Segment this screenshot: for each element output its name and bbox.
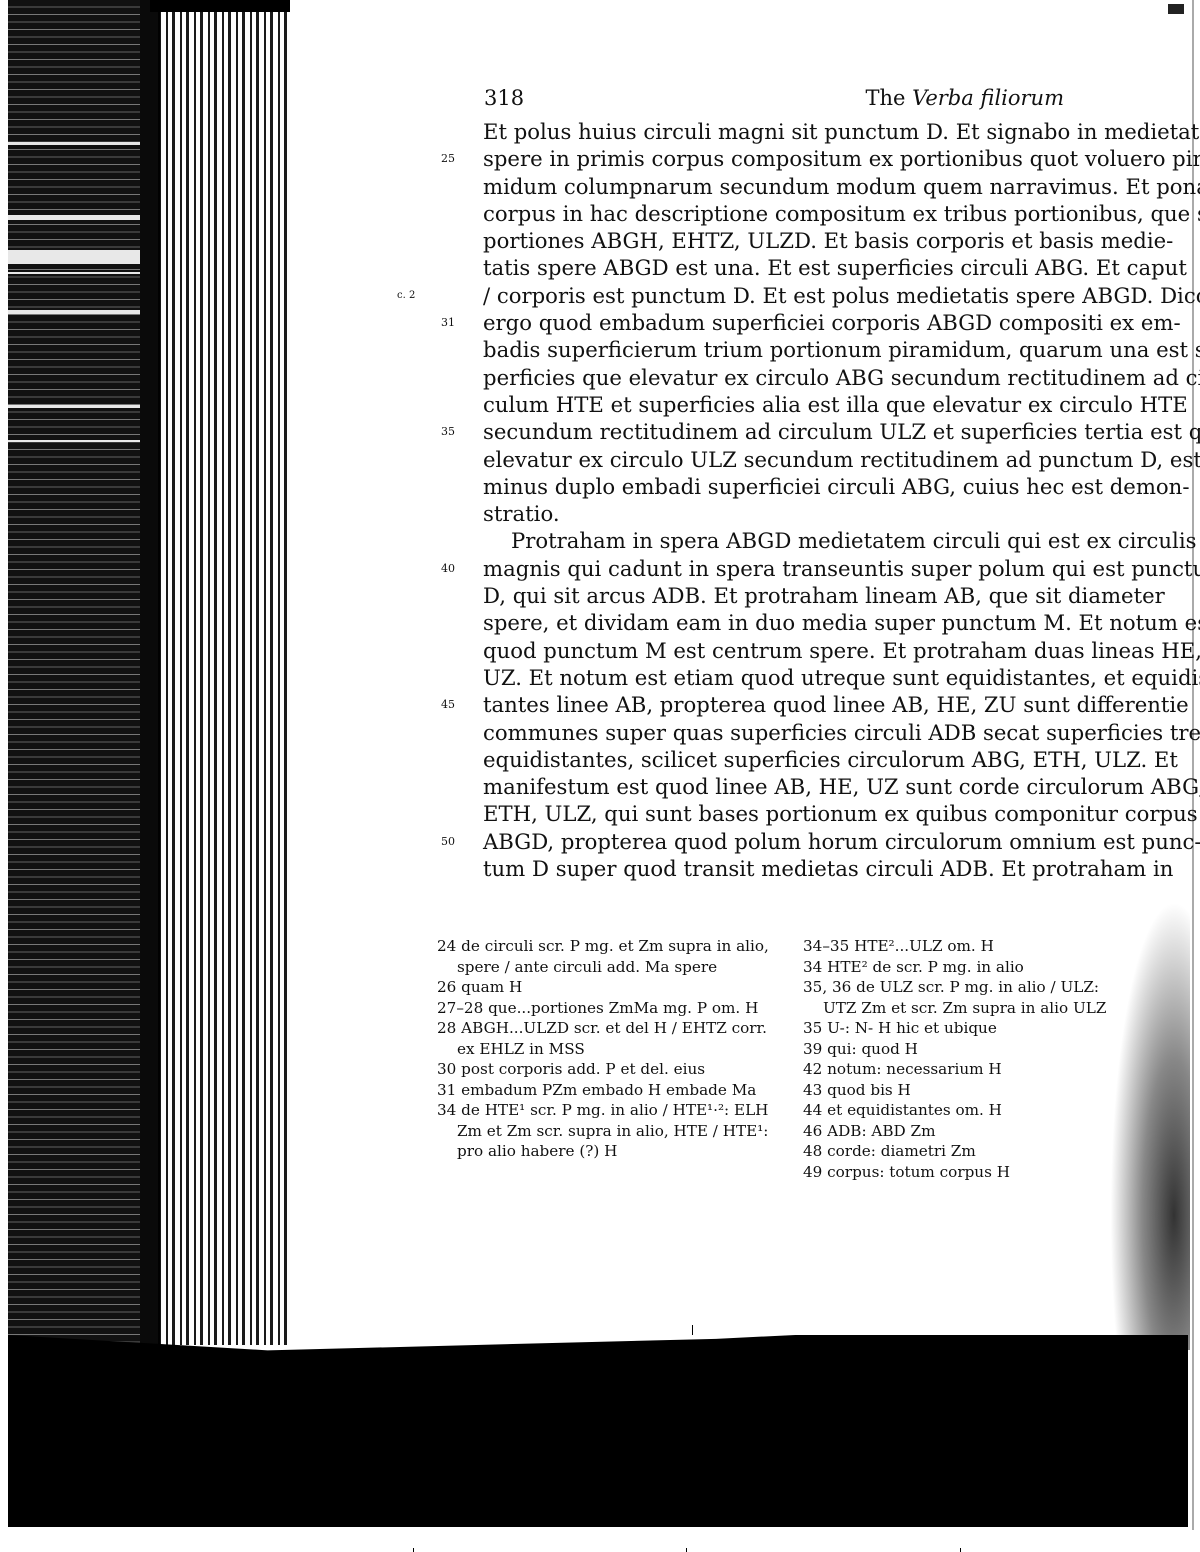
main-text-block: Et polus huius circuli magni sit punctum… — [483, 118, 1115, 882]
apparatus-entry: 34 HTE² de scr. P mg. in alio — [803, 957, 1123, 978]
text-line: corpus in hac descriptione compositum ex… — [483, 200, 1115, 227]
text-line: manifestum est quod linee AB, HE, UZ sun… — [483, 773, 1115, 800]
text-line: quod punctum M est centrum spere. Et pro… — [483, 637, 1115, 664]
text-line: D, qui sit arcus ADB. Et protraham linea… — [483, 582, 1115, 609]
apparatus-entry: 35, 36 de ULZ scr. P mg. in alio / ULZ: … — [803, 977, 1123, 1018]
page-number: 318 — [484, 86, 524, 110]
apparatus-left-column: 24 de circuli scr. P mg. et Zm supra in … — [437, 936, 787, 1162]
apparatus-entry: 43 quod bis H — [803, 1080, 1123, 1101]
apparatus-entry: 31 embadum PZm embado H embade Ma — [437, 1080, 787, 1101]
top-shadow — [150, 0, 290, 12]
apparatus-entry: 34 de HTE¹ scr. P mg. in alio / HTE¹·²: … — [437, 1100, 787, 1162]
running-title: The Verba filiorum — [865, 86, 1064, 110]
text-line: minus duplo embadi superficiei circuli A… — [483, 473, 1115, 500]
apparatus-entry: 27–28 que...portiones ZmMa mg. P om. H — [437, 998, 787, 1019]
apparatus-entry: 46 ADB: ABD Zm — [803, 1121, 1123, 1142]
text-line: UZ. Et notum est etiam quod utreque sunt… — [483, 664, 1115, 691]
text-line: midum columpnarum secundum modum quem na… — [483, 173, 1115, 200]
apparatus-entry: 42 notum: necessarium H — [803, 1059, 1123, 1080]
text-line: 35secundum rectitudinem ad circulum ULZ … — [483, 418, 1115, 445]
running-head: 318 The Verba filiorum — [484, 86, 1064, 114]
text-line: spere, et dividam eam in duo media super… — [483, 609, 1115, 636]
scan-border — [1192, 0, 1194, 1530]
margin-reference: c. 2 — [397, 282, 415, 309]
apparatus-entry: 44 et equidistantes om. H — [803, 1100, 1123, 1121]
apparatus-entry: 26 quam H — [437, 977, 787, 998]
apparatus-right-column: 34–35 HTE²...ULZ om. H 34 HTE² de scr. P… — [803, 936, 1123, 1182]
apparatus-entry: 35 U-: N- H hic et ubique — [803, 1018, 1123, 1039]
line-number: 40 — [441, 555, 471, 582]
apparatus-entry: 30 post corporis add. P et del. eius — [437, 1059, 787, 1080]
apparatus-entry: 49 corpus: totum corpus H — [803, 1162, 1123, 1183]
line-number: 45 — [441, 691, 471, 718]
line-number: 25 — [441, 145, 471, 172]
apparatus-entry: 34–35 HTE²...ULZ om. H — [803, 936, 1123, 957]
text-line: 31ergo quod embadum superficiei corporis… — [483, 309, 1115, 336]
paragraph-start-line: Protraham in spera ABGD medietatem circu… — [483, 527, 1115, 554]
line-number: 35 — [441, 418, 471, 445]
text-line: Et polus huius circuli magni sit punctum… — [483, 118, 1115, 145]
running-title-italic: Verba filiorum — [912, 86, 1064, 110]
text-line: tum D super quod transit medietas circul… — [483, 855, 1115, 882]
line-number: 50 — [441, 828, 471, 855]
text-line: tatis spere ABGD est una. Et est superfi… — [483, 254, 1115, 281]
text-line: portiones ABGH, EHTZ, ULZD. Et basis cor… — [483, 227, 1115, 254]
text-line: stratio. — [483, 500, 1115, 527]
page-stack-edges — [158, 0, 290, 1345]
apparatus-entry: 28 ABGH...ULZD scr. et del H / EHTZ corr… — [437, 1018, 787, 1059]
line-number: 31 — [441, 309, 471, 336]
text-line: 50ABGD, propterea quod polum horum circu… — [483, 828, 1115, 855]
text-line: elevatur ex circulo ULZ secundum rectitu… — [483, 446, 1115, 473]
apparatus-entry: 39 qui: quod H — [803, 1039, 1123, 1060]
book-spine-shadow — [140, 0, 160, 1345]
text-line: 25spere in primis corpus compositum ex p… — [483, 145, 1115, 172]
apparatus-entry: 48 corde: diametri Zm — [803, 1141, 1123, 1162]
scanned-book-edge-left — [8, 0, 158, 1520]
text-line: badis superficierum trium portionum pira… — [483, 336, 1115, 363]
text-line: 40magnis qui cadunt in spera transeuntis… — [483, 555, 1115, 582]
text-line: culum HTE et superficies alia est illa q… — [483, 391, 1115, 418]
apparatus-entry: 24 de circuli scr. P mg. et Zm supra in … — [437, 936, 787, 977]
text-line: communes super quas superficies circuli … — [483, 719, 1115, 746]
scanner-bed-shadow — [8, 1335, 1188, 1527]
text-line: c. 2/ corporis est punctum D. Et est pol… — [483, 282, 1115, 309]
text-line: equidistantes, scilicet superficies circ… — [483, 746, 1115, 773]
text-line: perficies que elevatur ex circulo ABG se… — [483, 364, 1115, 391]
scan-corner-mark — [1168, 4, 1184, 14]
text-line: ETH, ULZ, qui sunt bases portionum ex qu… — [483, 800, 1115, 827]
text-line: 45tantes linee AB, propterea quod linee … — [483, 691, 1115, 718]
